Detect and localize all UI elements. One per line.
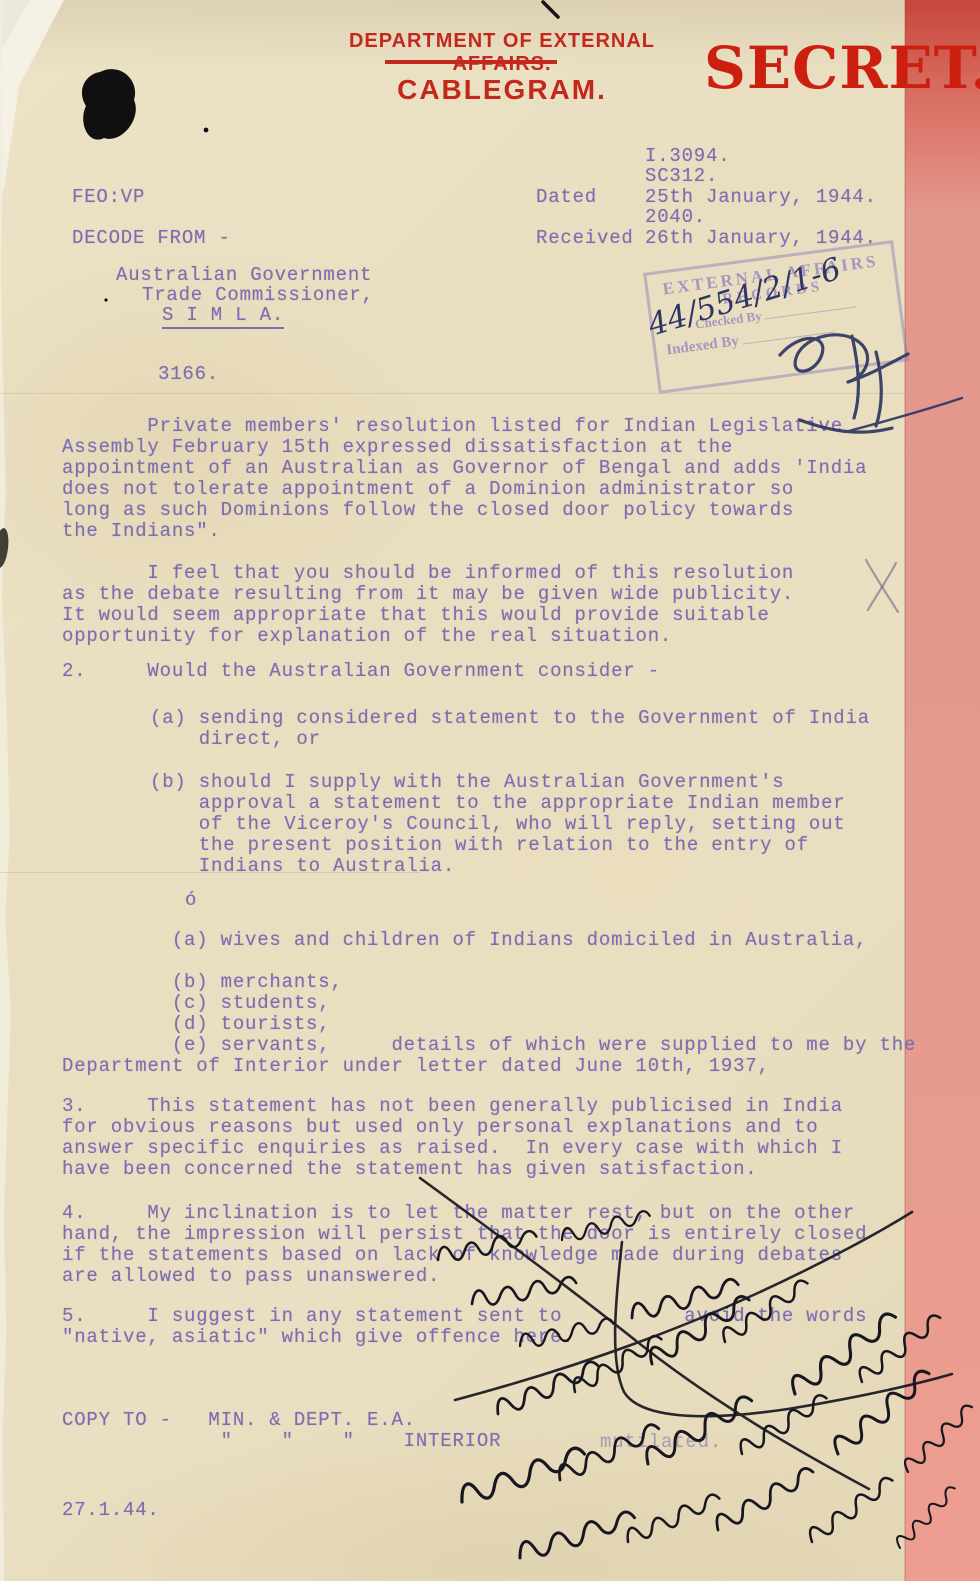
sender-line1: Australian Government (116, 265, 372, 286)
secret-classification-stamp: SECRET. (704, 34, 980, 102)
paragraph-5: 5. I suggest in any statement sent to av… (62, 1306, 867, 1348)
torn-left-edge (0, 0, 14, 1581)
sender-place: S I M L A. (162, 304, 284, 329)
date-note: 27.1.44. (62, 1500, 160, 1521)
paragraph-2: I feel that you should be informed of th… (62, 563, 794, 647)
stray-character: ó (185, 890, 197, 911)
stamp-indexed-label: Indexed By (665, 333, 739, 358)
ref-file-number: I.3094. (645, 146, 730, 167)
option-a: (a) sending considered statement to the … (150, 708, 870, 750)
question-2-heading: 2. Would the Australian Government consi… (62, 661, 660, 682)
category-list: (a) wives and children of Indians domici… (62, 930, 916, 1077)
header-rule (385, 60, 557, 64)
ref-time-group: 2040. (645, 207, 706, 228)
option-b: (b) should I supply with the Australian … (150, 772, 846, 877)
ref-received-label: Received (536, 228, 634, 249)
crease-line (0, 393, 905, 394)
ref-serial-number: SC312. (645, 166, 718, 187)
margin-x-mark (866, 560, 898, 612)
ref-office-initials: FEO:VP (72, 187, 145, 208)
edge-smudge (0, 527, 10, 568)
stamp-checked-line (765, 306, 856, 319)
message-number: 3166. (158, 364, 219, 385)
stamp-indexed-line (743, 332, 834, 345)
paragraph-1: Private members' resolution listed for I… (62, 416, 867, 542)
top-edge-mark (543, 2, 558, 17)
paragraph-4: 4. My inclination is to let the matter r… (62, 1203, 867, 1287)
ref-dated-label: Dated (536, 187, 597, 208)
ref-dated-value: 25th January, 1944. (645, 187, 877, 208)
censor-band-edge (904, 0, 906, 1581)
sender-line2: Trade Commissioner, (142, 285, 374, 306)
decode-from-label: DECODE FROM - (72, 228, 231, 249)
paragraph-3: 3. This statement has not been generally… (62, 1096, 843, 1180)
records-stamp: EXTERNAL AFFAIRS RECORDS Checked By Inde… (643, 240, 909, 394)
header-doc-type: CABLEGRAM. (322, 74, 682, 106)
copy-to-block: COPY TO - MIN. & DEPT. E.A. " " " INTERI… (62, 1410, 501, 1452)
stamp-checked-label: Checked By (694, 308, 762, 332)
cablegram-document: DEPARTMENT OF EXTERNAL AFFAIRS. CABLEGRA… (0, 0, 980, 1581)
header-department: DEPARTMENT OF EXTERNAL AFFAIRS. (322, 30, 682, 76)
torn-corner (0, 0, 64, 190)
censor-band (905, 0, 980, 1581)
mutilated-note: mutilated. (600, 1432, 722, 1453)
